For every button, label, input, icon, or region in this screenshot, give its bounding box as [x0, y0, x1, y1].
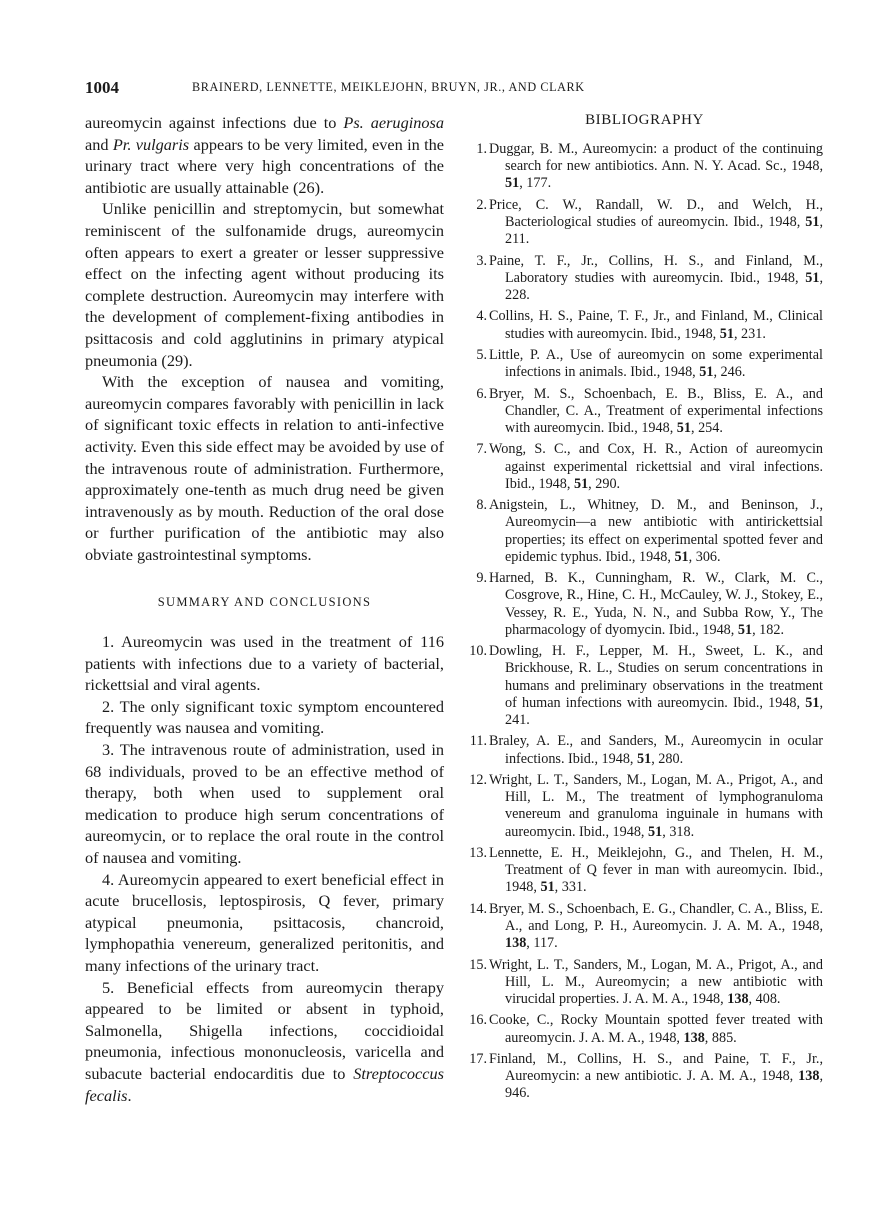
- reference-text: Wright, L. T., Sanders, M., Logan, M. A.…: [505, 957, 823, 1009]
- reference-citation: Little, P. A., Use of aureomycin on some…: [489, 347, 823, 380]
- reference-text: Duggar, B. M., Aureomycin: a product of …: [505, 141, 823, 193]
- reference-volume: 51: [637, 751, 651, 767]
- reference-text: Dowling, H. F., Lepper, M. H., Sweet, L.…: [505, 643, 823, 729]
- reference-number: 12.: [466, 772, 487, 789]
- reference-volume: 138: [798, 1068, 819, 1084]
- reference-number: 7.: [466, 441, 487, 458]
- reference-number: 13.: [466, 845, 487, 862]
- reference-item: 16.Cooke, C., Rocky Mountain spotted fev…: [466, 1012, 823, 1046]
- paragraph-continued: aureomycin against infections due to Ps.…: [85, 112, 444, 198]
- reference-volume: 51: [699, 364, 713, 380]
- reference-text: Wright, L. T., Sanders, M., Logan, M. A.…: [505, 772, 823, 841]
- reference-volume: 51: [805, 214, 819, 230]
- reference-pages: , 117.: [526, 935, 557, 951]
- reference-volume: 138: [684, 1030, 705, 1046]
- text-run: and: [85, 135, 113, 154]
- reference-item: 8.Anigstein, L., Whitney, D. M., and Ben…: [466, 497, 823, 566]
- reference-pages: , 246.: [713, 364, 745, 380]
- text-run: .: [128, 1086, 132, 1105]
- reference-item: 2.Price, C. W., Randall, W. D., and Welc…: [466, 197, 823, 249]
- reference-list: 1.Duggar, B. M., Aureomycin: a product o…: [466, 141, 823, 1103]
- reference-text: Price, C. W., Randall, W. D., and Welch,…: [505, 197, 823, 249]
- reference-volume: 138: [727, 991, 748, 1007]
- reference-citation: Price, C. W., Randall, W. D., and Welch,…: [489, 197, 823, 230]
- reference-number: 1.: [466, 141, 487, 158]
- reference-citation: Paine, T. F., Jr., Collins, H. S., and F…: [489, 253, 823, 286]
- reference-pages: , 280.: [651, 751, 683, 767]
- reference-pages: , 331.: [555, 879, 587, 895]
- reference-number: 16.: [466, 1012, 487, 1029]
- reference-item: 4.Collins, H. S., Paine, T. F., Jr., and…: [466, 308, 823, 342]
- summary-item: 1. Aureomycin was used in the treatment …: [85, 631, 444, 696]
- reference-item: 10.Dowling, H. F., Lepper, M. H., Sweet,…: [466, 643, 823, 729]
- reference-text: Wong, S. C., and Cox, H. R., Action of a…: [505, 441, 823, 493]
- reference-item: 7.Wong, S. C., and Cox, H. R., Action of…: [466, 441, 823, 493]
- reference-item: 11.Braley, A. E., and Sanders, M., Aureo…: [466, 733, 823, 767]
- reference-pages: , 231.: [734, 326, 766, 342]
- reference-item: 13.Lennette, E. H., Meiklejohn, G., and …: [466, 845, 823, 897]
- reference-item: 12.Wright, L. T., Sanders, M., Logan, M.…: [466, 772, 823, 841]
- reference-number: 8.: [466, 497, 487, 514]
- reference-item: 14.Bryer, M. S., Schoenbach, E. G., Chan…: [466, 901, 823, 953]
- section-heading-summary: SUMMARY AND CONCLUSIONS: [85, 592, 444, 614]
- reference-volume: 51: [805, 695, 819, 711]
- organism-name: Ps. aeruginosa: [343, 113, 444, 132]
- bibliography-heading: BIBLIOGRAPHY: [466, 112, 823, 129]
- reference-number: 6.: [466, 386, 487, 403]
- reference-citation: Collins, H. S., Paine, T. F., Jr., and F…: [489, 308, 823, 341]
- paragraph: With the exception of nausea and vomitin…: [85, 371, 444, 565]
- summary-item: 5. Beneficial effects from aureomycin th…: [85, 977, 444, 1107]
- reference-item: 3.Paine, T. F., Jr., Collins, H. S., and…: [466, 253, 823, 305]
- reference-item: 17.Finland, M., Collins, H. S., and Pain…: [466, 1051, 823, 1103]
- reference-text: Bryer, M. S., Schoenbach, E. B., Bliss, …: [505, 386, 823, 438]
- summary-item: 4. Aureomycin appeared to exert benefici…: [85, 869, 444, 977]
- reference-item: 9.Harned, B. K., Cunningham, R. W., Clar…: [466, 570, 823, 639]
- reference-volume: 51: [738, 622, 752, 638]
- reference-number: 14.: [466, 901, 487, 918]
- reference-text: Harned, B. K., Cunningham, R. W., Clark,…: [505, 570, 823, 639]
- reference-text: Lennette, E. H., Meiklejohn, G., and The…: [505, 845, 823, 897]
- reference-citation: Bryer, M. S., Schoenbach, E. G., Chandle…: [489, 901, 823, 934]
- reference-volume: 51: [720, 326, 734, 342]
- right-column: BIBLIOGRAPHY 1.Duggar, B. M., Aureomycin…: [466, 112, 823, 1107]
- reference-text: Bryer, M. S., Schoenbach, E. G., Chandle…: [505, 901, 823, 953]
- running-head: BRAINERD, LENNETTE, MEIKLEJOHN, BRUYN, J…: [192, 80, 585, 95]
- reference-volume: 138: [505, 935, 526, 951]
- reference-text: Braley, A. E., and Sanders, M., Aureomyc…: [505, 733, 823, 767]
- reference-item: 6.Bryer, M. S., Schoenbach, E. B., Bliss…: [466, 386, 823, 438]
- reference-item: 15.Wright, L. T., Sanders, M., Logan, M.…: [466, 957, 823, 1009]
- summary-item: 3. The intravenous route of administrati…: [85, 739, 444, 869]
- reference-citation: Bryer, M. S., Schoenbach, E. B., Bliss, …: [489, 386, 823, 436]
- reference-number: 11.: [466, 733, 487, 750]
- reference-citation: Cooke, C., Rocky Mountain spotted fever …: [489, 1012, 823, 1045]
- reference-pages: , 408.: [749, 991, 781, 1007]
- reference-volume: 51: [648, 824, 662, 840]
- page-number: 1004: [85, 78, 119, 98]
- reference-pages: , 885.: [705, 1030, 737, 1046]
- reference-number: 15.: [466, 957, 487, 974]
- reference-volume: 51: [574, 476, 588, 492]
- reference-text: Finland, M., Collins, H. S., and Paine, …: [505, 1051, 823, 1103]
- reference-citation: Anigstein, L., Whitney, D. M., and Benin…: [489, 497, 823, 565]
- reference-number: 5.: [466, 347, 487, 364]
- reference-citation: Duggar, B. M., Aureomycin: a product of …: [489, 141, 823, 174]
- reference-number: 17.: [466, 1051, 487, 1068]
- reference-item: 5.Little, P. A., Use of aureomycin on so…: [466, 347, 823, 381]
- text-run: aureomycin against infections due to: [85, 113, 343, 132]
- reference-volume: 51: [677, 420, 691, 436]
- reference-citation: Finland, M., Collins, H. S., and Paine, …: [489, 1051, 823, 1084]
- reference-volume: 51: [805, 270, 819, 286]
- reference-volume: 51: [540, 879, 554, 895]
- reference-pages: , 182.: [752, 622, 784, 638]
- reference-text: Cooke, C., Rocky Mountain spotted fever …: [505, 1012, 823, 1046]
- reference-volume: 51: [505, 175, 519, 191]
- reference-text: Collins, H. S., Paine, T. F., Jr., and F…: [505, 308, 823, 342]
- reference-citation: Wong, S. C., and Cox, H. R., Action of a…: [489, 441, 823, 491]
- reference-item: 1.Duggar, B. M., Aureomycin: a product o…: [466, 141, 823, 193]
- summary-item: 2. The only significant toxic symptom en…: [85, 696, 444, 739]
- reference-number: 2.: [466, 197, 487, 214]
- reference-pages: , 177.: [519, 175, 551, 191]
- reference-citation: Dowling, H. F., Lepper, M. H., Sweet, L.…: [489, 643, 823, 711]
- reference-number: 10.: [466, 643, 487, 660]
- page-header: 1004 BRAINERD, LENNETTE, MEIKLEJOHN, BRU…: [85, 78, 825, 100]
- reference-text: Anigstein, L., Whitney, D. M., and Benin…: [505, 497, 823, 566]
- reference-number: 9.: [466, 570, 487, 587]
- reference-pages: , 318.: [662, 824, 694, 840]
- reference-text: Paine, T. F., Jr., Collins, H. S., and F…: [505, 253, 823, 305]
- reference-number: 4.: [466, 308, 487, 325]
- reference-pages: , 306.: [689, 549, 721, 565]
- left-column: aureomycin against infections due to Ps.…: [85, 112, 444, 1106]
- reference-pages: , 254.: [691, 420, 723, 436]
- reference-text: Little, P. A., Use of aureomycin on some…: [505, 347, 823, 381]
- paragraph: Unlike penicillin and streptomycin, but …: [85, 198, 444, 371]
- reference-pages: , 290.: [588, 476, 620, 492]
- reference-volume: 51: [674, 549, 688, 565]
- reference-number: 3.: [466, 253, 487, 270]
- organism-name: Pr. vulgaris: [113, 135, 189, 154]
